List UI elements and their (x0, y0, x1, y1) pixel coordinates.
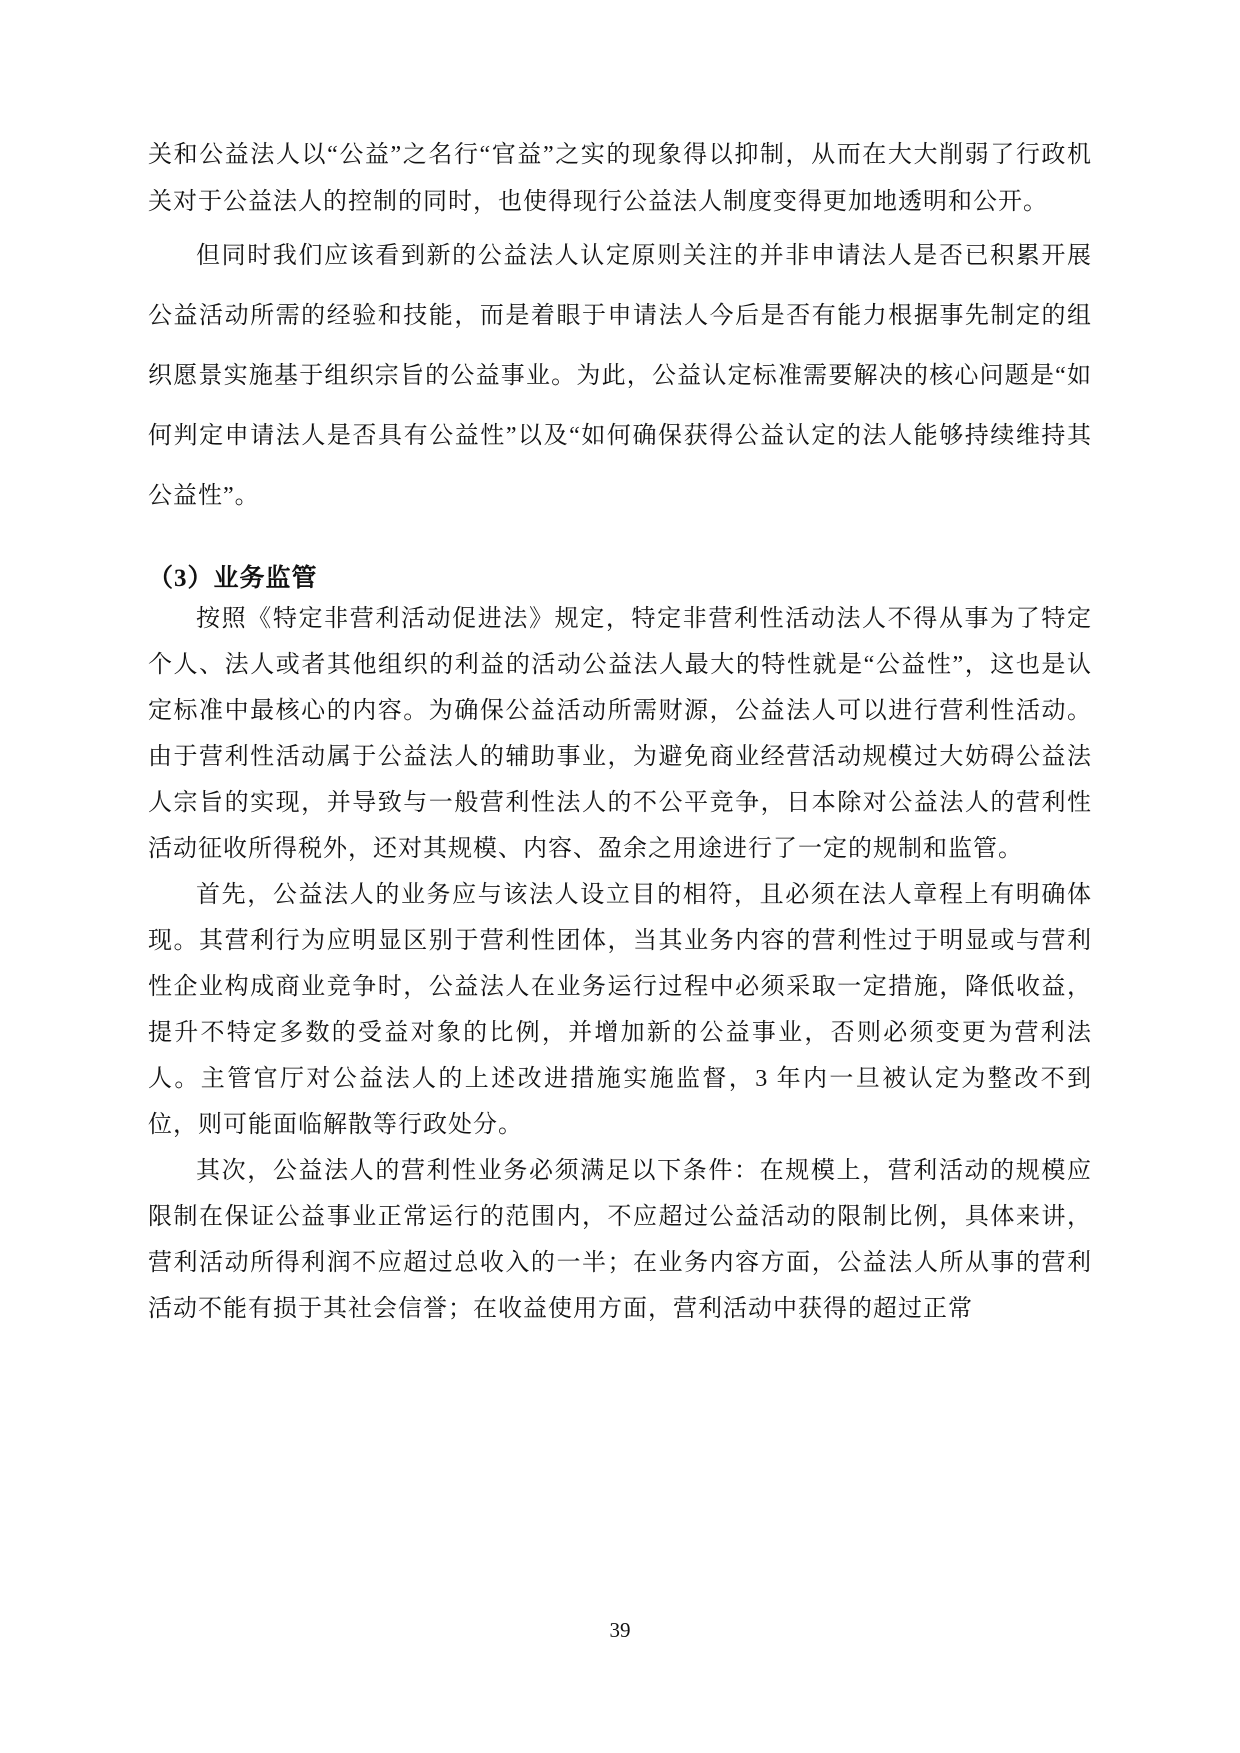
document-page: 关和公益法人以“公益”之名行“官益”之实的现象得以抑制，从而在大大削弱了行政机关… (0, 0, 1240, 1753)
paragraph-accreditation-principle: 但同时我们应该看到新的公益法人认定原则关注的并非申请法人是否已积累开展公益活动所… (148, 226, 1092, 526)
paragraph-second-profit-conditions: 其次，公益法人的营利性业务必须满足以下条件：在规模上，营利活动的规模应限制在保证… (148, 1148, 1092, 1332)
section-heading-business-supervision: （3）业务监管 (148, 562, 1092, 596)
page-content: 关和公益法人以“公益”之名行“官益”之实的现象得以抑制，从而在大大削弱了行政机关… (148, 0, 1092, 1332)
paragraph-first-business-requirement: 首先，公益法人的业务应与该法人设立目的相符，且必须在法人章程上有明确体现。其营利… (148, 872, 1092, 1148)
page-number: 39 (0, 1615, 1240, 1645)
paragraph-npo-promotion-law: 按照《特定非营利活动促进法》规定，特定非营利性活动法人不得从事为了特定个人、法人… (148, 596, 1092, 872)
paragraph-carryover-transparency: 关和公益法人以“公益”之名行“官益”之实的现象得以抑制，从而在大大削弱了行政机关… (148, 132, 1092, 226)
